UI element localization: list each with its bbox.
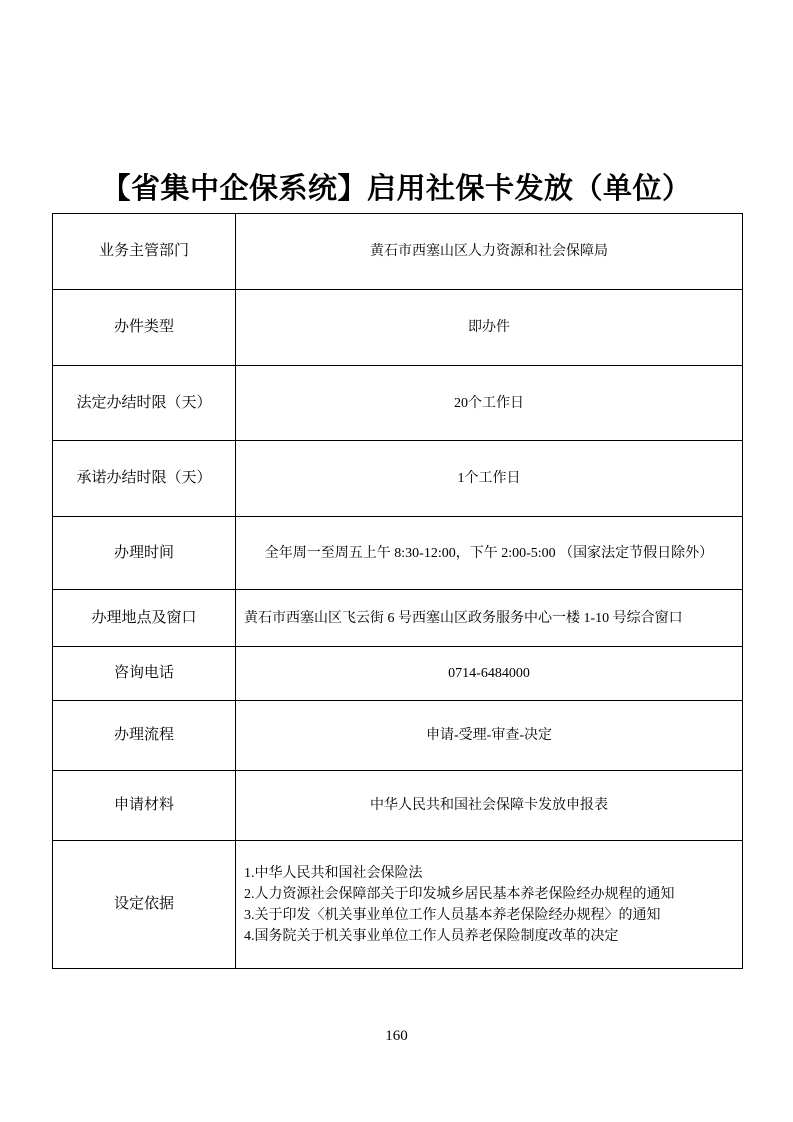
page-title: 【省集中企保系统】启用社保卡发放（单位） xyxy=(0,166,793,207)
row-value: 黄石市西塞山区人力资源和社会保障局 xyxy=(236,214,743,290)
row-value: 黄石市西塞山区飞云街 6 号西塞山区政务服务中心一楼 1-10 号综合窗口 xyxy=(236,590,743,647)
table-row: 办件类型 即办件 xyxy=(53,290,743,366)
row-label: 办理地点及窗口 xyxy=(53,590,236,647)
table-row: 办理地点及窗口 黄石市西塞山区飞云街 6 号西塞山区政务服务中心一楼 1-10 … xyxy=(53,590,743,647)
row-value: 20个工作日 xyxy=(236,366,743,441)
row-value: 1.中华人民共和国社会保险法 2.人力资源社会保障部关于印发城乡居民基本养老保险… xyxy=(236,841,743,969)
row-label: 设定依据 xyxy=(53,841,236,969)
table-row: 办理流程 申请-受理-审查-决定 xyxy=(53,701,743,771)
page-number: 160 xyxy=(0,1028,793,1045)
row-value: 申请-受理-审查-决定 xyxy=(236,701,743,771)
table-row: 办理时间 全年周一至周五上午 8:30-12:00，下午 2:00-5:00 （… xyxy=(53,517,743,590)
table-row: 业务主管部门 黄石市西塞山区人力资源和社会保障局 xyxy=(53,214,743,290)
row-label: 咨询电话 xyxy=(53,647,236,701)
row-value: 0714-6484000 xyxy=(236,647,743,701)
document-page: 【省集中企保系统】启用社保卡发放（单位） 业务主管部门 黄石市西塞山区人力资源和… xyxy=(0,0,793,1122)
row-label: 办理流程 xyxy=(53,701,236,771)
row-label: 办理时间 xyxy=(53,517,236,590)
table-row: 承诺办结时限（天） 1个工作日 xyxy=(53,441,743,517)
table-row: 设定依据 1.中华人民共和国社会保险法 2.人力资源社会保障部关于印发城乡居民基… xyxy=(53,841,743,969)
row-label: 法定办结时限（天） xyxy=(53,366,236,441)
row-value: 全年周一至周五上午 8:30-12:00，下午 2:00-5:00 （国家法定节… xyxy=(236,517,743,590)
table-row: 咨询电话 0714-6484000 xyxy=(53,647,743,701)
row-label: 业务主管部门 xyxy=(53,214,236,290)
row-value: 即办件 xyxy=(236,290,743,366)
row-value: 1个工作日 xyxy=(236,441,743,517)
row-label: 申请材料 xyxy=(53,771,236,841)
row-label: 承诺办结时限（天） xyxy=(53,441,236,517)
table-row: 法定办结时限（天） 20个工作日 xyxy=(53,366,743,441)
table-row: 申请材料 中华人民共和国社会保障卡发放申报表 xyxy=(53,771,743,841)
row-value: 中华人民共和国社会保障卡发放申报表 xyxy=(236,771,743,841)
service-info-table: 业务主管部门 黄石市西塞山区人力资源和社会保障局 办件类型 即办件 法定办结时限… xyxy=(52,213,743,969)
row-label: 办件类型 xyxy=(53,290,236,366)
